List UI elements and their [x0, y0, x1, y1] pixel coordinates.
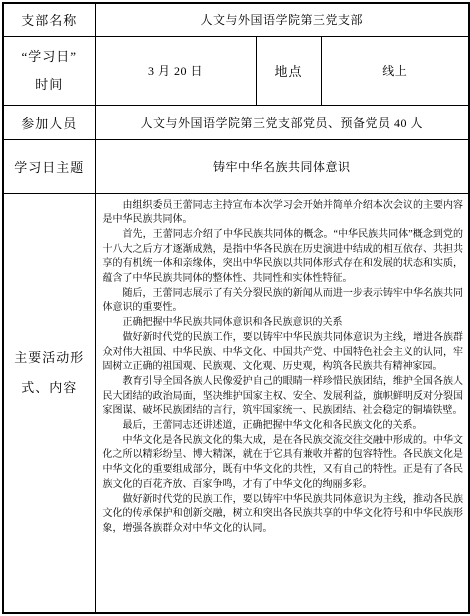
content-paragraph: 随后，王蕾同志展示了有关分裂民族的新闻从而进一步表示铸牢中华名族共同体意识的重要…: [103, 287, 464, 316]
content-paragraph: 做好新时代党的民族工作，要以铸牢中华民族共同体意识为主线，推动各民族文化的传承保…: [103, 493, 464, 537]
study-day-label-line1: “学习日”: [4, 43, 95, 71]
location-label: 地点: [256, 36, 321, 105]
theme-value: 铸牢中华名族共同体意识: [95, 139, 469, 193]
content-paragraph: 教育引导全国各族人民像爱护自己的眼睛一样珍惜民族团结，维护全国各族人民大团结的政…: [103, 375, 464, 419]
row-participants: 参加人员 人文与外国语学院第三党支部党员、预备党员 40 人: [3, 105, 469, 139]
content-paragraph: 正确把握中华民族共同体意识和各民族意识的关系: [103, 316, 464, 331]
location-value: 线上: [321, 36, 469, 105]
content-paragraph: 由组织委员王蕾同志主持宣布本次学习会开始并简单介绍本次会议的主要内容是中华民族共…: [103, 199, 464, 228]
activity-label-line2: 式、内容: [4, 373, 95, 403]
study-day-date-value: 3 月 20 日: [95, 36, 256, 105]
content-paragraph: 最后，王蕾同志还讲述道，正确把握中华文化和各民族文化的关系。: [103, 419, 464, 434]
row-study-day-time: “学习日” 时间 3 月 20 日 地点 线上: [3, 36, 469, 105]
study-record-form-table: 支部名称 人文与外国语学院第三党支部 “学习日” 时间 3 月 20 日 地点 …: [2, 2, 470, 614]
branch-name-value: 人文与外国语学院第三党支部: [95, 3, 469, 36]
participants-label: 参加人员: [3, 105, 95, 139]
study-day-label-line2: 时间: [4, 71, 95, 99]
content-paragraph: 首先，王蕾同志介绍了中华民族共同体的概念。“中华民族共同体”概念到党的十八大之后…: [103, 228, 464, 287]
participants-value: 人文与外国语学院第三党支部党员、预备党员 40 人: [95, 105, 469, 139]
activity-form-content-label: 主要活动形 式、内容: [3, 193, 95, 613]
activity-content: 由组织委员王蕾同志主持宣布本次学习会开始并简单介绍本次会议的主要内容是中华民族共…: [95, 193, 469, 613]
study-day-time-label: “学习日” 时间: [3, 36, 95, 105]
row-main-activity: 主要活动形 式、内容 由组织委员王蕾同志主持宣布本次学习会开始并简单介绍本次会议…: [3, 193, 469, 613]
row-theme: 学习日主题 铸牢中华名族共同体意识: [3, 139, 469, 193]
content-paragraph: 做好新时代党的民族工作，要以铸牢中华民族共同体意识为主线，增进各族群众对伟大祖国…: [103, 331, 464, 375]
theme-label: 学习日主题: [3, 139, 95, 193]
branch-name-label: 支部名称: [3, 3, 95, 36]
activity-label-line1: 主要活动形: [4, 343, 95, 373]
content-paragraph: 中华文化是各民族文化的集大成，是在各民族交流交往交融中形成的。中华文化之所以精彩…: [103, 434, 464, 493]
row-branch-name: 支部名称 人文与外国语学院第三党支部: [3, 3, 469, 36]
